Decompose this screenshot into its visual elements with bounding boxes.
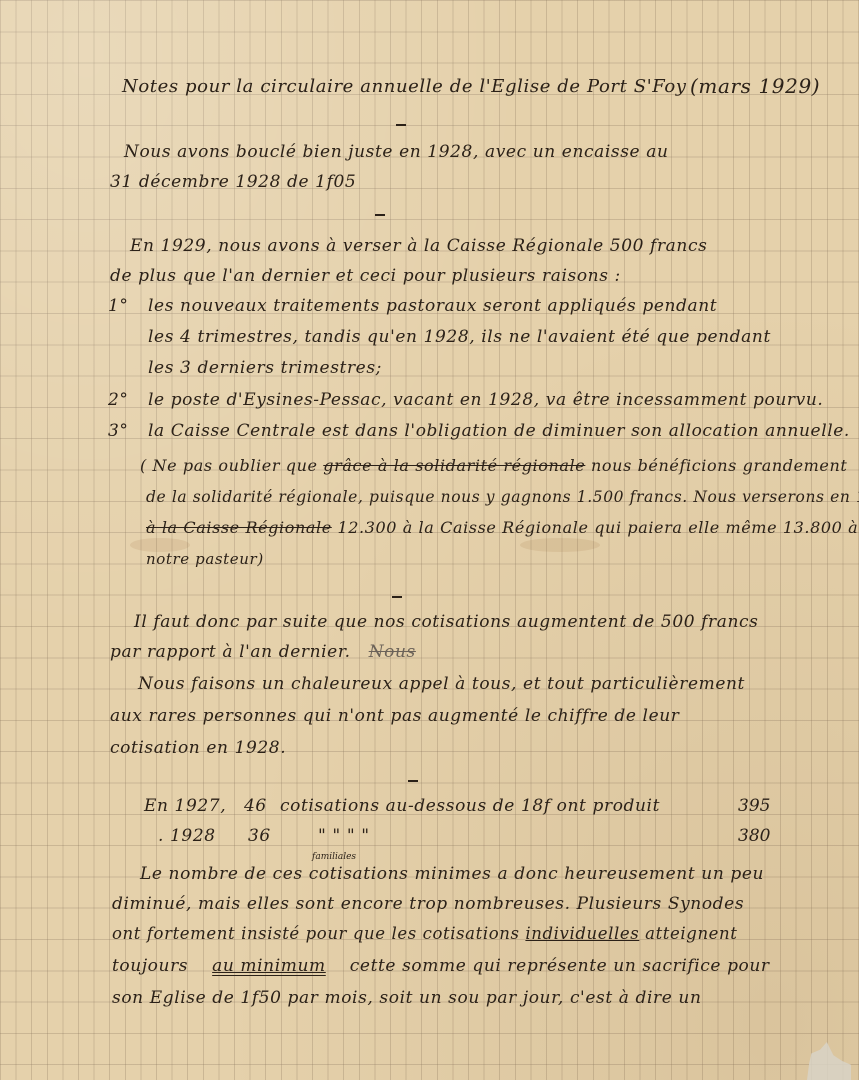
paragraph-1-line-1: Nous avons bouclé bien juste en 1928, av… xyxy=(124,142,669,162)
table-row-1-count: 46 xyxy=(244,796,267,816)
section-divider xyxy=(408,780,418,782)
list-marker-3: 3° xyxy=(108,421,129,441)
parenthetical-line-3: à la Caisse Régionale 12.300 à la Caisse… xyxy=(146,518,858,537)
paper-stain xyxy=(520,538,600,552)
paragraph-8-line-4: toujours au minimum cette somme qui repr… xyxy=(112,956,770,976)
title-text: Notes pour la circulaire annuelle de l'E… xyxy=(122,76,687,97)
paragraph-8-line-2: diminué, mais elles sont encore trop nom… xyxy=(112,894,744,914)
struck-text: à la Caisse Régionale xyxy=(146,518,332,537)
section-divider xyxy=(392,596,402,598)
paragraph-8-line-6: son Eglise de 1f50 par mois, soit un sou… xyxy=(112,988,702,1008)
underlined-word: individuelles xyxy=(525,924,639,943)
parenthetical-line-2: de la solidarité régionale, puisque nous… xyxy=(146,488,859,506)
handwritten-page: Notes pour la circulaire annuelle de l'E… xyxy=(0,0,859,1080)
list-marker-2: 2° xyxy=(108,390,129,410)
parenthetical-text: 12.300 à la Caisse Régionale qui paiera … xyxy=(332,518,858,537)
parenthetical-text: ( Ne pas oublier que xyxy=(140,456,323,475)
list-item-3: la Caisse Centrale est dans l'obligation… xyxy=(148,421,850,441)
paragraph-text: toujours xyxy=(112,956,188,976)
paragraph-6-line-2: aux rares personnes qui n'ont pas augmen… xyxy=(110,706,680,726)
paragraph-1-line-2: 31 décembre 1928 de 1f05 xyxy=(110,172,356,192)
table-row-1-year: En 1927, xyxy=(144,796,226,816)
table-row-2-ditto: " " " " xyxy=(318,826,370,846)
paragraph-6-line-1: Nous faisons un chaleureux appel à tous,… xyxy=(138,674,745,694)
interlinear-insert: familiales xyxy=(312,852,356,862)
section-divider xyxy=(375,214,385,216)
list-item-2: le poste d'Eysines-Pessac, vacant en 192… xyxy=(148,390,823,410)
table-row-2-year: . 1928 xyxy=(158,826,216,846)
parenthetical-text: nous bénéficions grandement xyxy=(585,456,847,475)
title-date: (mars 1929) xyxy=(690,74,820,98)
paragraph-text: par rapport à l'an dernier. xyxy=(110,642,351,662)
struck-text: grâce à la solidarité régionale xyxy=(323,456,585,475)
struck-word: Nous xyxy=(369,642,416,662)
page-title: Notes pour la circulaire annuelle de l'E… xyxy=(122,76,687,97)
paragraph-2-line-2: de plus que l'an dernier et ceci pour pl… xyxy=(110,266,621,286)
list-marker-1: 1° xyxy=(108,296,129,316)
parenthetical-line-4: notre pasteur) xyxy=(146,550,264,568)
table-row-1-desc: cotisations au-dessous de 18f ont produi… xyxy=(280,796,660,816)
paragraph-5-line-1: Il faut donc par suite que nos cotisatio… xyxy=(134,612,759,632)
section-divider xyxy=(396,124,406,126)
list-item-1-line-3: les 3 derniers trimestres; xyxy=(148,358,382,378)
paragraph-8-line-3: ont fortement insisté pour que les cotis… xyxy=(112,924,738,943)
emphasis-underlined: au minimum xyxy=(212,956,326,976)
torn-corner xyxy=(807,1042,851,1080)
paragraph-8-line-1: Le nombre de ces cotisations minimes a d… xyxy=(140,864,764,884)
paragraph-6-line-3: cotisation en 1928. xyxy=(110,738,286,758)
table-row-1-amount: 395 xyxy=(738,796,770,816)
paragraph-2-line-1: En 1929, nous avons à verser à la Caisse… xyxy=(130,236,707,256)
table-row-2-amount: 380 xyxy=(738,826,770,846)
list-item-1-line-2: les 4 trimestres, tandis qu'en 1928, ils… xyxy=(148,327,771,347)
paragraph-5-line-2: par rapport à l'an dernier. Nous xyxy=(110,642,416,662)
table-row-2-count: 36 xyxy=(248,826,271,846)
paragraph-text: cette somme qui représente un sacrifice … xyxy=(350,956,770,976)
parenthetical-line-1: ( Ne pas oublier que grâce à la solidari… xyxy=(140,456,847,475)
list-item-1-line-1: les nouveaux traitements pastoraux seron… xyxy=(148,296,717,316)
